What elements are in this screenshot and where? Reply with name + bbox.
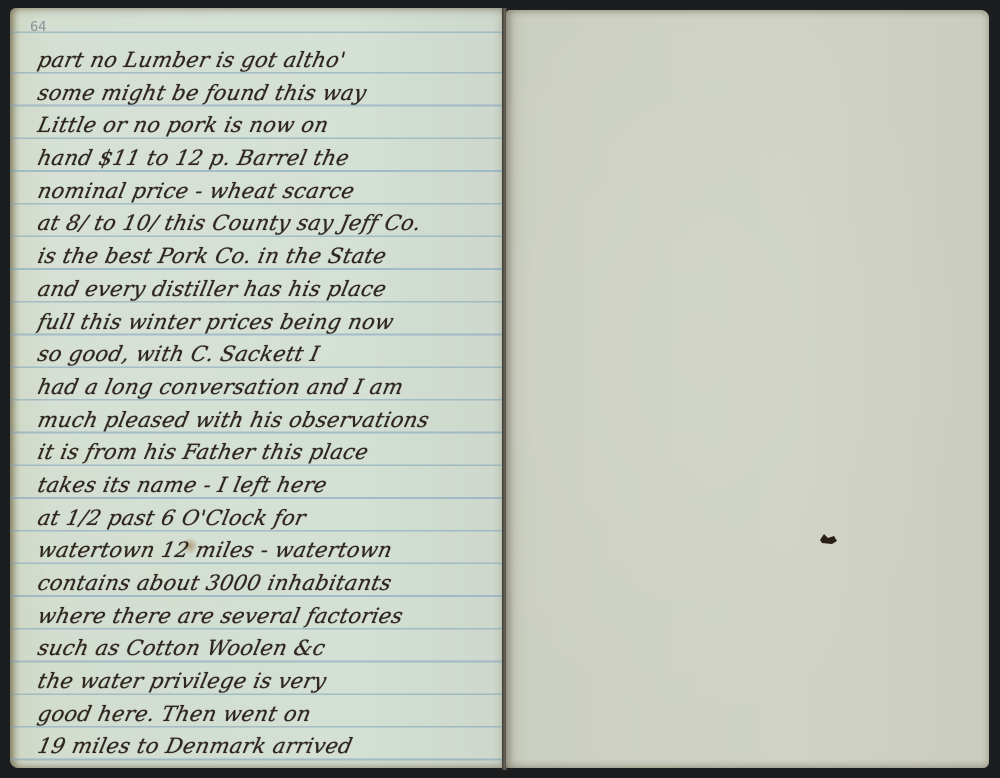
- text-line: contains about 3000 inhabitants: [35, 567, 494, 600]
- text-line: good here. Then went on: [35, 698, 494, 731]
- page-number: 64: [30, 20, 47, 35]
- text-line: at 1/2 past 6 O'Clock for: [35, 502, 494, 535]
- ink-blot-icon: [818, 533, 840, 545]
- text-line: so good, with C. Sackett I: [35, 338, 494, 371]
- text-line: watertown 12 miles - watertown: [35, 534, 494, 567]
- text-line: is the best Pork Co. in the State: [35, 240, 494, 273]
- text-line: at 8/ to 10/ this County say Jeff Co.: [35, 207, 494, 240]
- text-line: the water privilege is very: [35, 665, 494, 698]
- text-line: much pleased with his observations: [35, 404, 494, 437]
- text-line: it is from his Father this place: [35, 436, 494, 469]
- text-line: some might be found this way: [35, 77, 494, 110]
- handwritten-text: part no Lumber is got altho' some might …: [38, 44, 490, 763]
- text-line: had a long conversation and I am: [35, 371, 494, 404]
- text-line: hand $11 to 12 p. Barrel the: [35, 142, 494, 175]
- journal-spread: 64 part no Lumber is got altho' some mig…: [0, 0, 1000, 778]
- text-line: such as Cotton Woolen &c: [35, 632, 494, 665]
- text-line: nominal price - wheat scarce: [35, 175, 494, 208]
- left-page: 64 part no Lumber is got altho' some mig…: [10, 8, 504, 768]
- text-line: 19 miles to Denmark arrived: [35, 730, 494, 763]
- text-line: part no Lumber is got altho': [35, 44, 494, 77]
- text-line: where there are several factories: [35, 600, 494, 633]
- right-page-blank: [506, 10, 989, 768]
- text-line: Little or no pork is now on: [35, 109, 494, 142]
- text-line: and every distiller has his place: [35, 273, 494, 306]
- text-line: full this winter prices being now: [35, 306, 494, 339]
- text-line: takes its name - I left here: [35, 469, 494, 502]
